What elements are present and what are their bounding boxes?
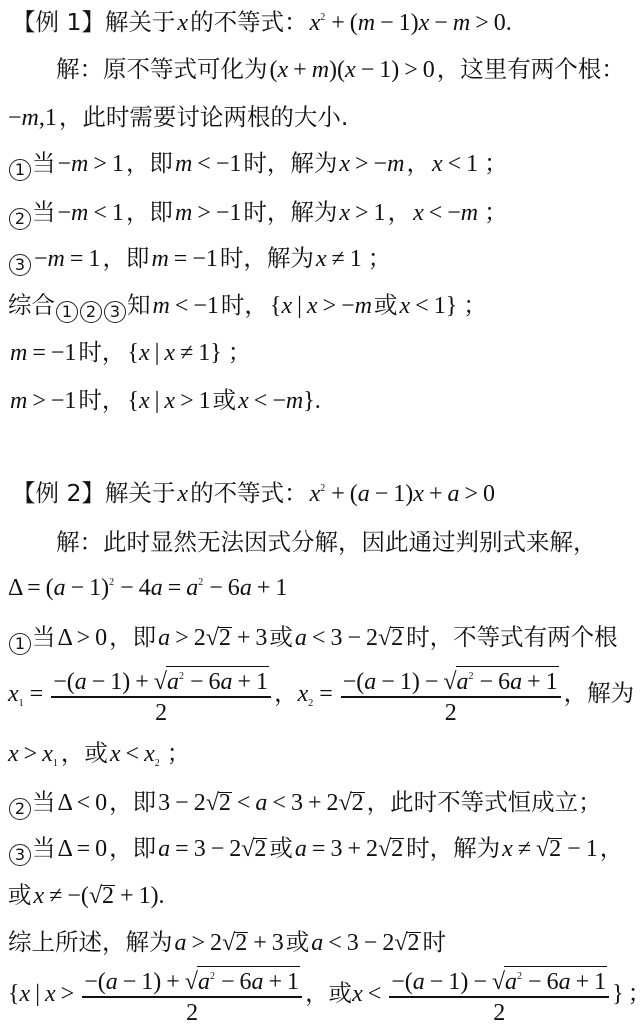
case-text: ，解为 <box>564 679 635 707</box>
conclusion-text: 或 <box>286 928 310 956</box>
case-text: 当 <box>32 198 56 226</box>
example-1-summary-row-1: 综合 123 知 m < −1 时， {x | x > −m 或 x < 1} … <box>8 289 487 323</box>
math-expression: x < −m <box>413 200 478 226</box>
conclusion-text: 时 <box>423 928 447 956</box>
math-expression: a < 3 − 2 <box>295 625 378 651</box>
math-expression: 2 <box>235 930 247 956</box>
case-text: 当 <box>32 149 56 177</box>
math-expression: Δ > 0 <box>58 625 108 651</box>
lower-root-fraction: −(a − 1) − √a2 − 6a + 1 2 <box>389 966 609 1027</box>
example-label: 【例 1】 <box>12 8 105 36</box>
math-expression: x < x <box>110 741 155 767</box>
denominator: 2 <box>341 698 561 728</box>
example-1-summary-row-2: m = −1 时， {x | x ≠ 1} ； <box>8 336 251 370</box>
math-expression: x < −m}. <box>238 388 321 414</box>
subscript: 2 <box>155 758 161 769</box>
math-expression: = <box>25 681 49 707</box>
set-close: }； <box>612 978 640 1016</box>
semicolon: ； <box>628 979 640 1007</box>
example-1-case-3: 3 −m = 1 ，即 m = −1 时，解为 x ≠ 1 ； <box>8 242 391 276</box>
subscript: 1 <box>53 758 59 769</box>
math-expression: a <box>167 669 179 695</box>
radicand: 2 <box>390 627 404 655</box>
math-expression: 2 <box>493 1000 505 1026</box>
circled-number-1: 1 <box>56 301 78 323</box>
math-expression: m > −1 <box>175 200 241 226</box>
summary-text: 知 <box>127 291 151 319</box>
semicolon: ； <box>484 198 508 226</box>
solution-text: ，这里有两个根： <box>437 55 625 83</box>
case-text: ，此时不等式恒成立； <box>367 788 602 816</box>
numerator: −(a − 1) − √a2 − 6a + 1 <box>341 666 561 696</box>
math-expression: x ≠ <box>502 836 536 862</box>
example-label: 【例 2】 <box>12 479 105 507</box>
separator: ， <box>274 678 298 716</box>
numerator: −(a − 1) + √a2 − 6a + 1 <box>82 966 302 996</box>
math-expression: 2 <box>219 625 231 651</box>
example-2-heading: 【例 2】 解关于 x 的不等式： x2 + (a − 1)x + a > 0 <box>12 477 497 511</box>
math-expression: a > 2 <box>175 930 223 956</box>
example-1-case-1: 1 当 −m > 1 ，即 m < −1 时，解为 x > −m ， x < 1… <box>8 147 508 181</box>
case-text: 或 <box>269 834 293 862</box>
semicolon: ； <box>228 338 252 366</box>
radicand: 2 <box>234 932 248 960</box>
math-expression: x ≠ −( <box>34 883 89 909</box>
circled-number-1: 1 <box>9 159 31 181</box>
case-text: ，即 <box>126 149 173 177</box>
case-text: ，即 <box>109 623 156 651</box>
semicolon: ； <box>368 244 392 272</box>
case-text: ， <box>600 834 624 862</box>
math-expression: } <box>612 981 624 1007</box>
semicolon: ； <box>484 149 508 177</box>
root-1-label: x1 = <box>8 679 48 716</box>
circled-number-2: 2 <box>9 798 31 820</box>
inequality-base: x <box>310 10 321 36</box>
math-expression: 2 <box>391 836 403 862</box>
math-expression: a <box>457 669 469 695</box>
solution-text: 解：原不等式可化为 <box>56 55 268 83</box>
math-expression: x < <box>352 981 386 1007</box>
case-text: ，即 <box>109 788 156 816</box>
case-text: ， <box>406 149 430 177</box>
case-text: 时，解为 <box>406 834 500 862</box>
circled-number-3: 3 <box>9 254 31 276</box>
example-1-roots: −m,1 ，此时需要讨论两根的大小. <box>6 101 348 135</box>
math-expression: Δ = (a − 1) <box>8 575 109 601</box>
math-expression: −m,1 <box>8 105 57 131</box>
circled-number-2: 2 <box>80 301 102 323</box>
question-text: 的不等式： <box>190 479 308 507</box>
upper-root-fraction: −(a − 1) + √a2 − 6a + 1 2 <box>82 966 302 1027</box>
math-expression: 2 <box>102 883 114 909</box>
math-expression: m > −1 <box>10 388 76 414</box>
summary-text: 时， <box>78 386 125 414</box>
case-text: 或 <box>269 623 293 651</box>
conclusion-text: ，或 <box>305 979 352 1007</box>
case-text: ，即 <box>102 244 149 272</box>
math-expression: = <box>314 681 338 707</box>
question-text: 解关于 <box>105 8 176 36</box>
question-text: 的不等式： <box>190 8 308 36</box>
math-expression: + 3 <box>232 625 268 651</box>
case-text: 当 <box>32 834 56 862</box>
math-expression: {x | x > 1 <box>127 388 210 414</box>
math-expression: x < 1 <box>432 151 478 177</box>
math-expression: 2 <box>549 836 561 862</box>
document-page: 【例 1】 解关于 x 的不等式： x2 + (m − 1)x − m > 0.… <box>0 0 640 1033</box>
solution-lead: ，解为 <box>564 678 635 716</box>
variable-x: x <box>177 481 188 507</box>
math-expression: m < −1 <box>175 151 241 177</box>
case-text: ， <box>388 198 412 226</box>
case-text: 时，解为 <box>243 149 337 177</box>
inequality-base: x <box>310 481 321 507</box>
radicand: 2 <box>548 838 562 866</box>
math-expression: {x | x > <box>8 981 79 1007</box>
root-1-fraction: −(a − 1) + √a2 − 6a + 1 2 <box>51 666 271 727</box>
conclusion-text: 综上所述，解为 <box>8 928 173 956</box>
math-expression: {x | x ≠ 1} <box>127 340 221 366</box>
case-text: ，或 <box>61 739 108 767</box>
math-expression: a <box>198 969 210 995</box>
or-connector: ，或x < <box>305 978 386 1016</box>
semicolon: ； <box>167 739 191 767</box>
summary-text: 或 <box>374 291 398 319</box>
math-expression: 2 <box>445 700 457 726</box>
math-expression: 2 <box>186 1000 198 1026</box>
example-2-case-2: 2 当 Δ < 0 ，即 3 − 2√2 < a < 3 + 2√2 ，此时不等… <box>8 786 602 820</box>
math-expression: x > −m <box>339 151 404 177</box>
math-expression: −(a − 1) + <box>53 669 154 695</box>
circled-number-3: 3 <box>104 301 126 323</box>
variable-x: x <box>177 10 188 36</box>
math-expression: x <box>8 681 19 707</box>
case-text: ， <box>274 679 298 707</box>
math-expression: x < 1} <box>400 293 458 319</box>
math-expression: 2 <box>391 625 403 651</box>
inequality-rest: + (a − 1)x + a > 0 <box>326 481 495 507</box>
math-expression: + 1). <box>115 883 165 909</box>
math-expression: a < 3 − 2 <box>311 930 394 956</box>
math-expression: 2 <box>254 836 266 862</box>
radicand: 2 <box>101 885 115 913</box>
math-expression: m < −1 <box>153 293 219 319</box>
question-text: 解关于 <box>105 479 176 507</box>
semicolon: ； <box>463 291 487 319</box>
math-expression: x ≠ 1 <box>316 246 362 272</box>
example-2-case-1-solution: x > x1 ，或 x < x2 ； <box>6 737 190 771</box>
math-expression: 2 <box>219 790 231 816</box>
root-2-fraction: −(a − 1) − √a2 − 6a + 1 2 <box>341 666 561 727</box>
example-2-case-3: 3 当 Δ = 0 ，即 a = 3 − 2√2 或 a = 3 + 2√2 时… <box>8 832 623 866</box>
summary-text: 时， <box>221 291 268 319</box>
denominator: 2 <box>82 998 302 1028</box>
math-expression: − 6a + 1 <box>204 575 287 601</box>
math-expression: m = −1 <box>151 246 217 272</box>
set-open: {x | x > <box>8 979 79 1016</box>
math-expression: 2 <box>408 930 420 956</box>
example-2-solution-intro: 解：此时显然无法因式分解，因此通过判别式来解， <box>56 526 597 560</box>
circled-number-1: 1 <box>9 633 31 655</box>
summary-text: 时， <box>78 338 125 366</box>
example-2-solution-set: {x | x > −(a − 1) + √a2 − 6a + 1 2 ，或x <… <box>8 966 640 1028</box>
math-expression: (x + m)(x − 1) > 0 <box>270 57 435 83</box>
case-text: ，即 <box>109 834 156 862</box>
math-expression: + 3 <box>248 930 284 956</box>
math-expression: Δ = 0 <box>58 836 108 862</box>
numerator: −(a − 1) + √a2 − 6a + 1 <box>51 666 271 696</box>
math-expression: a <box>505 969 517 995</box>
example-2-discriminant: Δ = (a − 1)2 − 4a = a2 − 6a + 1 <box>6 572 289 606</box>
math-expression: −(a − 1) + <box>84 969 185 995</box>
solution-text: ，此时需要讨论两根的大小. <box>59 103 348 131</box>
radicand: 2 <box>351 792 365 820</box>
example-1-solution-intro: 解：原不等式可化为 (x + m)(x − 1) > 0 ，这里有两个根： <box>56 53 625 87</box>
example-2-case-1: 1 当 Δ > 0 ，即 a > 2√2 + 3 或 a < 3 − 2√2 时… <box>8 621 618 655</box>
math-expression: 2 <box>155 700 167 726</box>
math-expression: 2 <box>352 790 364 816</box>
math-expression: − 4a = a <box>115 575 198 601</box>
summary-text: 综合 <box>8 291 55 319</box>
example-2-case-3-continued: 或 x ≠ −(√2 + 1). <box>8 879 167 913</box>
math-expression: Δ < 0 <box>58 790 108 816</box>
example-1-case-2: 2 当 −m < 1 ，即 m > −1 时，解为 x > 1 ， x < −m… <box>8 196 508 230</box>
summary-text: 或 <box>213 386 237 414</box>
example-2-roots: x1 = −(a − 1) + √a2 − 6a + 1 2 ， x2 = −(… <box>8 666 634 728</box>
math-expression: a = 3 + 2 <box>295 836 378 862</box>
math-expression: 3 − 2 <box>158 790 206 816</box>
math-expression: − 6a + 1 <box>185 669 268 695</box>
inequality-rest: + (m − 1)x − m > 0. <box>326 10 512 36</box>
case-text: 时，不等式有两个根 <box>406 623 618 651</box>
example-1-heading: 【例 1】 解关于 x 的不等式： x2 + (m − 1)x − m > 0. <box>12 6 514 40</box>
math-expression: m = −1 <box>10 340 76 366</box>
radicand: 2 <box>218 792 232 820</box>
radicand: a2 − 6a + 1 <box>504 966 607 999</box>
circled-number-2: 2 <box>9 208 31 230</box>
case-text: 当 <box>32 623 56 651</box>
math-expression: −(a − 1) − <box>391 969 492 995</box>
math-expression: − 1 <box>562 836 598 862</box>
case-text: 当 <box>32 788 56 816</box>
root-2-label: x2 = <box>298 679 338 716</box>
math-expression: −(a − 1) − <box>343 669 444 695</box>
math-expression: −m = 1 <box>34 246 100 272</box>
solution-text: 解：此时显然无法因式分解，因此通过判别式来解， <box>56 528 597 556</box>
math-expression: x > 1 <box>339 200 385 226</box>
radicand: a2 − 6a + 1 <box>197 966 300 999</box>
example-1-summary-row-3: m > −1 时， {x | x > 1 或 x < −m}. <box>8 384 323 418</box>
circled-number-3: 3 <box>9 844 31 866</box>
denominator: 2 <box>389 998 609 1028</box>
radicand: 2 <box>407 932 421 960</box>
math-expression: < a < 3 + 2 <box>232 790 339 816</box>
math-expression: −m < 1 <box>58 200 124 226</box>
math-expression: a > 2 <box>158 625 206 651</box>
math-expression: {x | x > −m <box>270 293 372 319</box>
math-expression: x <box>298 681 309 707</box>
math-expression: −m > 1 <box>58 151 124 177</box>
case-text: 时，解为 <box>243 198 337 226</box>
radicand: 2 <box>390 838 404 866</box>
math-expression: x > x <box>8 741 53 767</box>
radicand: a2 − 6a + 1 <box>456 666 559 699</box>
case-text: 或 <box>8 881 32 909</box>
example-2-conclusion: 综上所述，解为 a > 2√2 + 3 或 a < 3 − 2√2 时 <box>8 926 446 960</box>
denominator: 2 <box>51 698 271 728</box>
math-expression: − 6a + 1 <box>475 669 558 695</box>
radicand: 2 <box>218 627 232 655</box>
math-expression: − 6a + 1 <box>523 969 606 995</box>
case-text: ，即 <box>126 198 173 226</box>
math-expression: a = 3 − 2 <box>158 836 241 862</box>
radicand: a2 − 6a + 1 <box>166 666 269 699</box>
math-expression: − 6a + 1 <box>216 969 299 995</box>
numerator: −(a − 1) − √a2 − 6a + 1 <box>389 966 609 996</box>
case-text: 时，解为 <box>220 244 314 272</box>
radicand: 2 <box>253 838 267 866</box>
